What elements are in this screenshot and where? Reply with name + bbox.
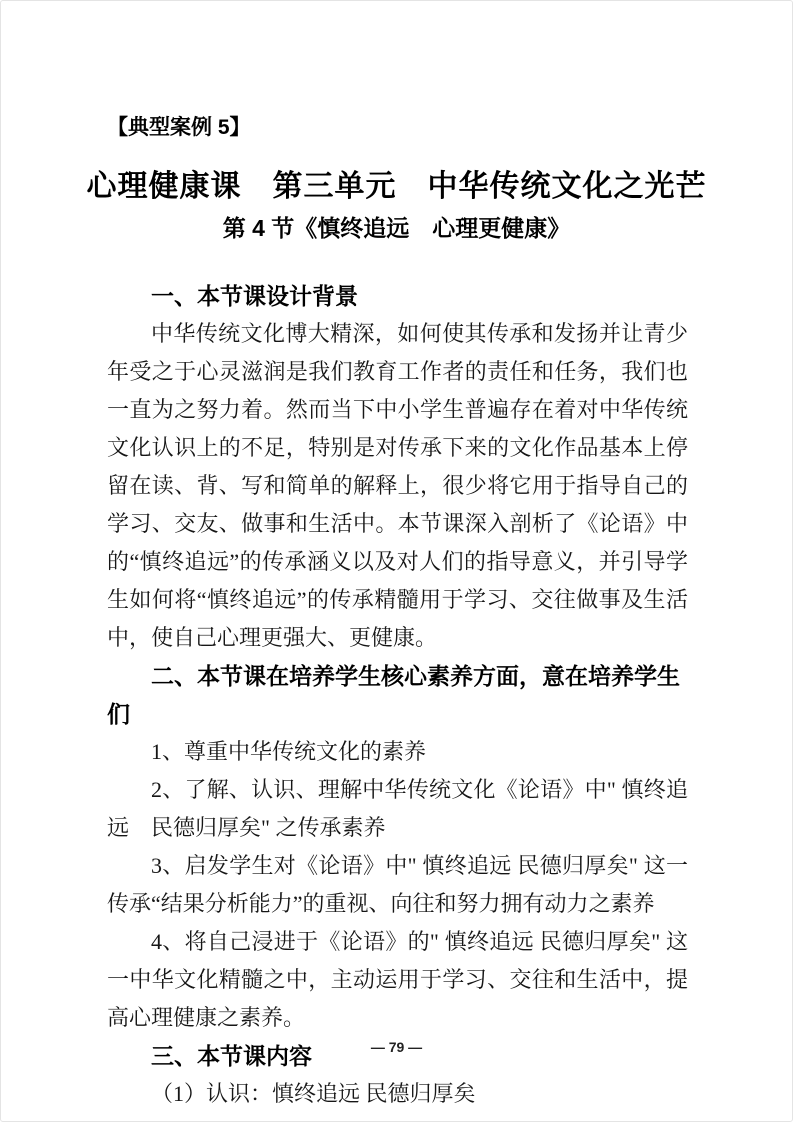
section-1-paragraph: 中华传统文化博大精深，如何使其传承和发扬并让青少年受之于心灵滋润是我们教育工作者… — [107, 315, 688, 657]
section-2-item-3: 3、启发学生对《论语》中" 慎终追远 民德归厚矣" 这一传承“结果分析能力”的重… — [107, 847, 688, 923]
document-subtitle: 第 4 节《慎终追远 心理更健康》 — [41, 213, 752, 243]
section-2-item-2: 2、了解、认识、理解中华传统文化《论语》中" 慎终追远 民德归厚矣" 之传承素养 — [107, 771, 688, 847]
section-heading-2: 二、本节课在培养学生核心素养方面，意在培养学生们 — [107, 657, 688, 733]
section-3-item-1: （1）认识：慎终追远 民德归厚矣 — [107, 1075, 688, 1113]
section-2-item-4: 4、将自己浸进于《论语》的" 慎终追远 民德归厚矣" 这一中华文化精髓之中，主动… — [107, 923, 688, 1037]
section-heading-1: 一、本节课设计背景 — [107, 277, 688, 315]
case-label: 【典型案例 5】 — [107, 115, 792, 141]
document-page: 【典型案例 5】 心理健康课 第三单元 中华传统文化之光芒 第 4 节《慎终追远… — [0, 0, 793, 1122]
section-2-item-1: 1、尊重中华传统文化的素养 — [107, 733, 688, 771]
document-title: 心理健康课 第三单元 中华传统文化之光芒 — [41, 169, 752, 205]
document-body: 一、本节课设计背景 中华传统文化博大精深，如何使其传承和发扬并让青少年受之于心灵… — [107, 277, 688, 1113]
page-number: — 79 — — [1, 1039, 792, 1055]
